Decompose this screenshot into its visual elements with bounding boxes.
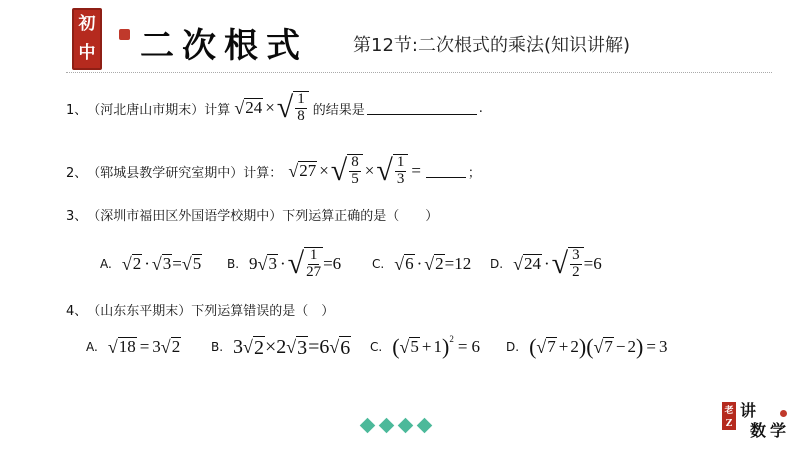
q4-number: 4、 bbox=[66, 300, 87, 319]
q2-source: （郓城县教学研究室期中） bbox=[87, 162, 243, 181]
question-2: 2、 （郓城县教学研究室期中） 计算： √27 × √85 × √13 = ； bbox=[66, 150, 481, 192]
diamond-icon bbox=[417, 418, 433, 434]
page-indicator bbox=[362, 420, 430, 431]
q3-prompt: 下列运算正确的是（ ） bbox=[282, 205, 438, 224]
q2-expression: √27 × √85 × √13 = bbox=[288, 154, 424, 188]
q1-source: （河北唐山市期末） bbox=[87, 99, 204, 118]
q4-source: （山东东平期末） bbox=[87, 300, 191, 319]
q1-prompt: 计算 bbox=[204, 99, 230, 118]
q3-source: （深圳市福田区外国语学校期中） bbox=[87, 205, 282, 224]
lesson-title: 第12节:二次根式的乘法(知识讲解) bbox=[353, 31, 630, 57]
diamond-icon bbox=[379, 418, 395, 434]
q4-option-b[interactable]: B. 3√2 × 2√3 = 6√6 bbox=[211, 336, 351, 359]
q4-options: A. √18 = 3√2 B. 3√2 × 2√3 = 6√6 C. ( √5 … bbox=[86, 332, 706, 362]
q3-option-b[interactable]: B. 9 √3 · √127 =6 bbox=[227, 247, 341, 281]
sqrt-frac-1-8: √18 bbox=[277, 91, 309, 125]
q4-prompt: 下列运算错误的是（ ） bbox=[191, 300, 334, 319]
q1-number: 1、 bbox=[66, 99, 87, 118]
q4-option-a[interactable]: A. √18 = 3√2 bbox=[86, 337, 181, 358]
q2-answer-blank[interactable] bbox=[426, 164, 466, 178]
header-divider bbox=[66, 72, 772, 73]
logo-seal: 初 中 bbox=[72, 8, 102, 70]
question-1: 1、 （河北唐山市期末） 计算 √24 × √18 的结果是 . bbox=[66, 88, 483, 128]
small-seal-icon bbox=[119, 29, 130, 40]
seal-char-2: 中 bbox=[79, 45, 96, 62]
footer-logo: 老 Z 讲 数学 bbox=[720, 398, 790, 443]
q3-option-a[interactable]: A. √2 · √3 = √5 bbox=[100, 254, 202, 275]
diamond-icon bbox=[398, 418, 414, 434]
q1-suffix: 的结果是 bbox=[313, 99, 365, 118]
q1-answer-blank[interactable] bbox=[367, 101, 477, 115]
q4-option-d[interactable]: D. ( √7 +2 ) ( √7 −2 ) =3 bbox=[506, 334, 667, 360]
q1-expression: √24 × √18 bbox=[234, 91, 308, 125]
footer-seal-dot-icon bbox=[780, 410, 787, 417]
question-4: 4、 （山东东平期末） 下列运算错误的是（ ） bbox=[66, 300, 334, 319]
footer-seal: 老 Z bbox=[722, 402, 736, 430]
diamond-icon bbox=[360, 418, 376, 434]
q3-option-c[interactable]: C. √6 · √2 =12 bbox=[372, 254, 471, 275]
brand-title: 二次根式 bbox=[140, 18, 308, 67]
q2-number: 2、 bbox=[66, 162, 87, 181]
q2-prompt: 计算： bbox=[243, 162, 282, 181]
q3-option-d[interactable]: D. √24 · √32 =6 bbox=[490, 247, 602, 281]
seal-char-1: 初 bbox=[79, 16, 96, 33]
question-3: 3、 （深圳市福田区外国语学校期中） 下列运算正确的是（ ） bbox=[66, 205, 438, 224]
q3-options: A. √2 · √3 = √5 B. 9 √3 · √127 =6 C. √6 … bbox=[100, 246, 700, 282]
q4-option-c[interactable]: C. ( √5 +1 )2 =6 bbox=[370, 334, 480, 360]
footer-text-2: 数学 bbox=[750, 418, 790, 441]
q3-number: 3、 bbox=[66, 205, 87, 224]
sqrt-24: √24 bbox=[234, 98, 263, 119]
